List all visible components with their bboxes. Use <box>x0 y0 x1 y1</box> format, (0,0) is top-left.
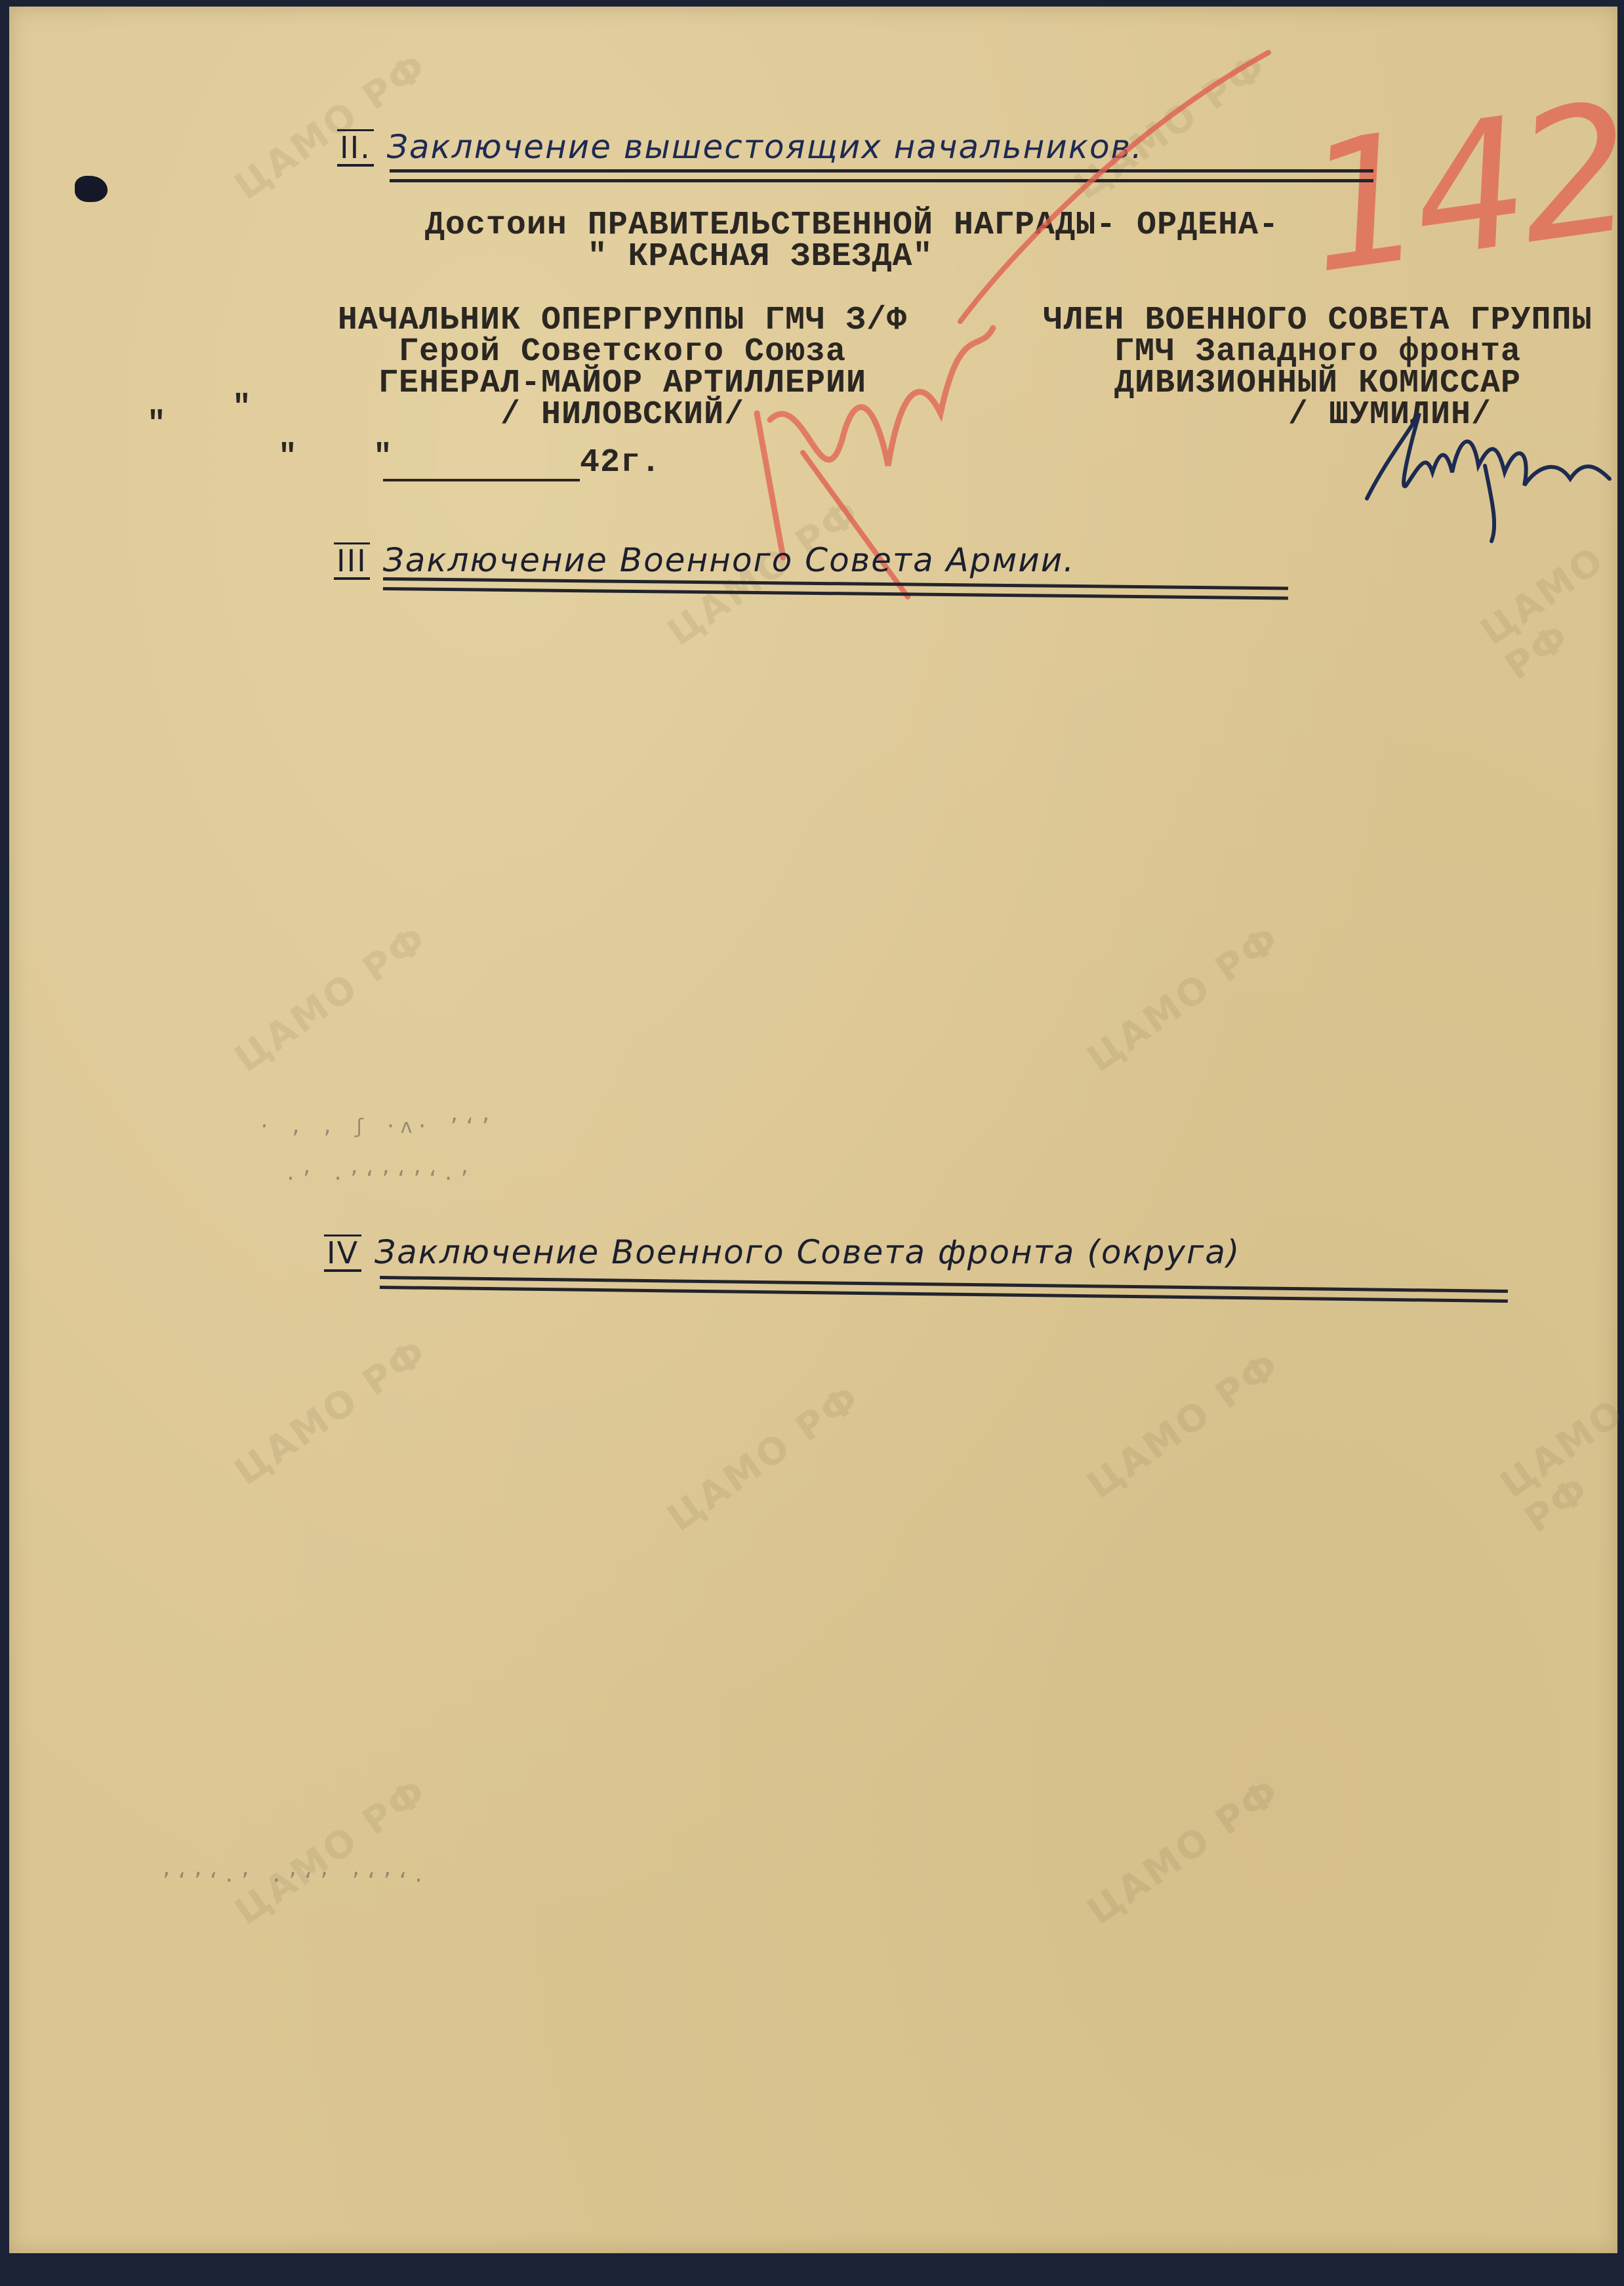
date-quote-mark: " <box>278 439 297 475</box>
section-iv-numeral: IV <box>324 1235 361 1272</box>
watermark: ЦАМО РФ <box>227 1330 436 1494</box>
watermark: ЦАМО РФ <box>1473 538 1624 689</box>
section-iv-text: Заключение Военного Совета фронта (округ… <box>375 1233 1240 1271</box>
archive-page-number: 142 <box>1295 64 1624 313</box>
bleed-through-marks: ʼʻʼʻ·ʼ ·ʼʻʼ ʼʻʼʻ· <box>160 1869 428 1892</box>
document-page: ЦАМО РФ ЦАМО РФ ЦАМО РФ ЦАМО РФ ЦАМО РФ … <box>9 7 1617 2253</box>
watermark: ЦАМО РФ <box>1493 1391 1624 1541</box>
date-blank-line <box>383 479 580 481</box>
section-iii-numeral: III <box>334 542 370 580</box>
section-iii-text: Заключение Военного Совета Армии. <box>383 541 1075 579</box>
date-quote-mark: " <box>373 439 392 475</box>
watermark: ЦАМО РФ <box>1080 1770 1288 1934</box>
section-ii-numeral: II. <box>337 129 374 167</box>
section-iv-underline <box>380 1276 1508 1303</box>
watermark: ЦАМО РФ <box>660 1376 868 1540</box>
watermark: ЦАМО РФ <box>227 917 436 1081</box>
watermark: ЦАМО РФ <box>227 1770 436 1934</box>
date-quote-mark: " <box>232 390 251 426</box>
watermark: ЦАМО РФ <box>1080 917 1288 1081</box>
watermark: ЦАМО РФ <box>227 45 436 209</box>
section-iv-heading: IVЗаключение Военного Совета фронта (окр… <box>324 1233 1240 1272</box>
section-iii-heading: IIIЗаключение Военного Совета Армии. <box>334 541 1075 580</box>
bleed-through-marks: · , ‚ ʃ ·ʌ· ʼʻʼ <box>258 1115 495 1138</box>
bleed-through-marks: ·ʼ ·ʼʻʼʻʼʻ·ʼ <box>285 1168 474 1191</box>
ink-blot <box>75 176 108 202</box>
watermark: ЦАМО РФ <box>1080 1343 1288 1507</box>
date-year: 42г. <box>580 447 661 479</box>
blue-signature <box>1360 400 1623 544</box>
date-quote-mark: " <box>147 407 166 442</box>
